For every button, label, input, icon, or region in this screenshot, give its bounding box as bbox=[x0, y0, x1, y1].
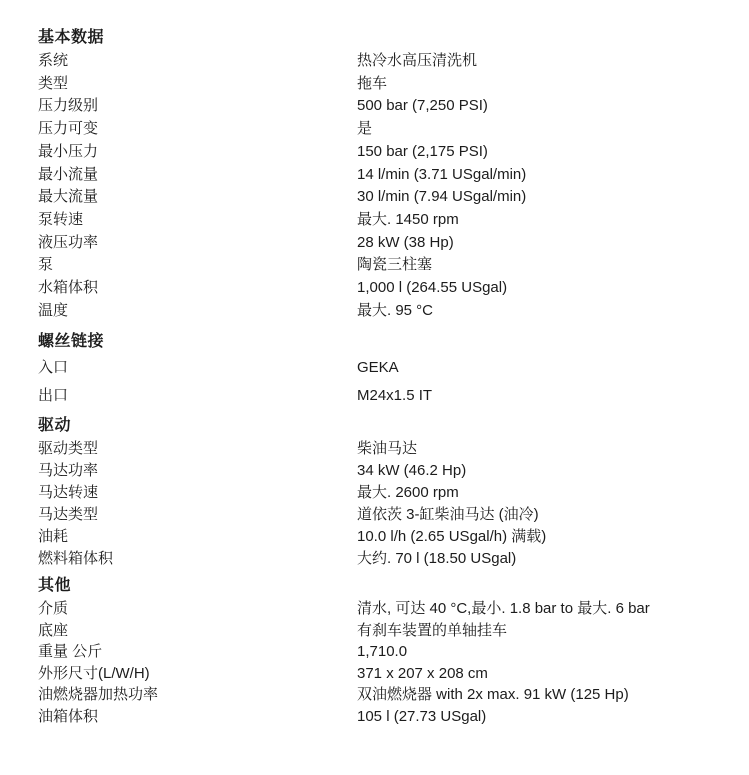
spec-label: 温度 bbox=[38, 300, 357, 323]
spec-sheet: 基本数据 系统 热冷水高压清洗机 类型 拖车 压力级别 500 bar (7,2… bbox=[38, 26, 738, 727]
spec-value: 1,710.0 bbox=[357, 641, 738, 663]
spec-label: 驱动类型 bbox=[38, 438, 357, 460]
spec-row: 压力级别 500 bar (7,250 PSI) bbox=[38, 95, 738, 118]
spec-label: 外形尺寸(L/W/H) bbox=[38, 663, 357, 685]
section-rows: 介质 清水, 可达 40 °C,最小. 1.8 bar to 最大. 6 bar… bbox=[38, 598, 738, 727]
spec-label: 最小压力 bbox=[38, 141, 357, 164]
spec-value: 最大. 1450 rpm bbox=[357, 209, 738, 232]
spec-value: 最大. 95 °C bbox=[357, 300, 738, 323]
spec-row: 温度 最大. 95 °C bbox=[38, 300, 738, 323]
spec-label: 水箱体积 bbox=[38, 277, 357, 300]
spec-section: 驱动 驱动类型 柴油马达 马达功率 34 kW (46.2 Hp) 马达转速 最… bbox=[38, 414, 738, 570]
spec-value: 大约. 70 l (18.50 USgal) bbox=[357, 548, 738, 570]
spec-row: 入口 GEKA bbox=[38, 354, 738, 382]
spec-label: 泵 bbox=[38, 254, 357, 277]
spec-value: 清水, 可达 40 °C,最小. 1.8 bar to 最大. 6 bar bbox=[357, 598, 738, 620]
spec-label: 底座 bbox=[38, 620, 357, 642]
spec-row: 马达类型 道依茨 3-缸柴油马达 (油冷) bbox=[38, 504, 738, 526]
spec-label: 系统 bbox=[38, 50, 357, 73]
spec-row: 介质 清水, 可达 40 °C,最小. 1.8 bar to 最大. 6 bar bbox=[38, 598, 738, 620]
spec-value: 1,000 l (264.55 USgal) bbox=[357, 277, 738, 300]
spec-label: 油燃烧器加热功率 bbox=[38, 684, 357, 706]
section-rows: 入口 GEKA 出口 M24x1.5 IT bbox=[38, 354, 738, 410]
spec-value: M24x1.5 IT bbox=[357, 382, 738, 410]
spec-label: 压力可变 bbox=[38, 118, 357, 141]
spec-row: 出口 M24x1.5 IT bbox=[38, 382, 738, 410]
spec-value: 371 x 207 x 208 cm bbox=[357, 663, 738, 685]
spec-row: 水箱体积 1,000 l (264.55 USgal) bbox=[38, 277, 738, 300]
section-rows: 系统 热冷水高压清洗机 类型 拖车 压力级别 500 bar (7,250 PS… bbox=[38, 50, 738, 322]
spec-value: 500 bar (7,250 PSI) bbox=[357, 95, 738, 118]
spec-label: 类型 bbox=[38, 73, 357, 96]
spec-row: 泵 陶瓷三柱塞 bbox=[38, 254, 738, 277]
spec-value: 拖车 bbox=[357, 73, 738, 96]
spec-label: 油箱体积 bbox=[38, 706, 357, 728]
spec-label: 马达转速 bbox=[38, 482, 357, 504]
spec-value: 105 l (27.73 USgal) bbox=[357, 706, 738, 728]
spec-row: 驱动类型 柴油马达 bbox=[38, 438, 738, 460]
spec-row: 外形尺寸(L/W/H) 371 x 207 x 208 cm bbox=[38, 663, 738, 685]
spec-row: 最小流量 14 l/min (3.71 USgal/min) bbox=[38, 164, 738, 187]
spec-value: 150 bar (2,175 PSI) bbox=[357, 141, 738, 164]
spec-sections: 基本数据 系统 热冷水高压清洗机 类型 拖车 压力级别 500 bar (7,2… bbox=[38, 26, 738, 727]
spec-value: 热冷水高压清洗机 bbox=[357, 50, 738, 73]
spec-value: 10.0 l/h (2.65 USgal/h) 满载) bbox=[357, 526, 738, 548]
spec-row: 马达转速 最大. 2600 rpm bbox=[38, 482, 738, 504]
spec-row: 燃料箱体积 大约. 70 l (18.50 USgal) bbox=[38, 548, 738, 570]
spec-value: 34 kW (46.2 Hp) bbox=[357, 460, 738, 482]
spec-label: 泵转速 bbox=[38, 209, 357, 232]
spec-label: 最小流量 bbox=[38, 164, 357, 187]
spec-section: 螺丝链接 入口 GEKA 出口 M24x1.5 IT bbox=[38, 330, 738, 410]
spec-value: 最大. 2600 rpm bbox=[357, 482, 738, 504]
spec-row: 液压功率 28 kW (38 Hp) bbox=[38, 232, 738, 255]
section-title: 基本数据 bbox=[38, 26, 738, 50]
spec-label: 油耗 bbox=[38, 526, 357, 548]
spec-row: 泵转速 最大. 1450 rpm bbox=[38, 209, 738, 232]
section-title: 驱动 bbox=[38, 414, 738, 438]
spec-value: 双油燃烧器 with 2x max. 91 kW (125 Hp) bbox=[357, 684, 738, 706]
spec-label: 液压功率 bbox=[38, 232, 357, 255]
spec-value: 28 kW (38 Hp) bbox=[357, 232, 738, 255]
spec-value: GEKA bbox=[357, 354, 738, 382]
spec-row: 油燃烧器加热功率 双油燃烧器 with 2x max. 91 kW (125 H… bbox=[38, 684, 738, 706]
spec-value: 是 bbox=[357, 118, 738, 141]
section-rows: 驱动类型 柴油马达 马达功率 34 kW (46.2 Hp) 马达转速 最大. … bbox=[38, 438, 738, 570]
spec-row: 压力可变 是 bbox=[38, 118, 738, 141]
spec-label: 压力级别 bbox=[38, 95, 357, 118]
spec-label: 马达功率 bbox=[38, 460, 357, 482]
spec-value: 有刹车装置的单轴挂车 bbox=[357, 620, 738, 642]
spec-row: 重量 公斤 1,710.0 bbox=[38, 641, 738, 663]
spec-row: 类型 拖车 bbox=[38, 73, 738, 96]
spec-value: 陶瓷三柱塞 bbox=[357, 254, 738, 277]
spec-label: 入口 bbox=[38, 354, 357, 382]
spec-label: 重量 公斤 bbox=[38, 641, 357, 663]
spec-value: 30 l/min (7.94 USgal/min) bbox=[357, 186, 738, 209]
spec-row: 最大流量 30 l/min (7.94 USgal/min) bbox=[38, 186, 738, 209]
spec-row: 马达功率 34 kW (46.2 Hp) bbox=[38, 460, 738, 482]
spec-row: 系统 热冷水高压清洗机 bbox=[38, 50, 738, 73]
spec-value: 柴油马达 bbox=[357, 438, 738, 460]
spec-label: 出口 bbox=[38, 382, 357, 410]
spec-row: 油耗 10.0 l/h (2.65 USgal/h) 满载) bbox=[38, 526, 738, 548]
spec-row: 最小压力 150 bar (2,175 PSI) bbox=[38, 141, 738, 164]
section-title: 其他 bbox=[38, 574, 738, 598]
spec-row: 油箱体积 105 l (27.73 USgal) bbox=[38, 706, 738, 728]
spec-row: 底座 有刹车装置的单轴挂车 bbox=[38, 620, 738, 642]
spec-label: 燃料箱体积 bbox=[38, 548, 357, 570]
spec-label: 最大流量 bbox=[38, 186, 357, 209]
section-title: 螺丝链接 bbox=[38, 330, 738, 354]
spec-label: 马达类型 bbox=[38, 504, 357, 526]
spec-label: 介质 bbox=[38, 598, 357, 620]
spec-section: 基本数据 系统 热冷水高压清洗机 类型 拖车 压力级别 500 bar (7,2… bbox=[38, 26, 738, 322]
spec-value: 道依茨 3-缸柴油马达 (油冷) bbox=[357, 504, 738, 526]
spec-section: 其他 介质 清水, 可达 40 °C,最小. 1.8 bar to 最大. 6 … bbox=[38, 574, 738, 727]
spec-value: 14 l/min (3.71 USgal/min) bbox=[357, 164, 738, 187]
